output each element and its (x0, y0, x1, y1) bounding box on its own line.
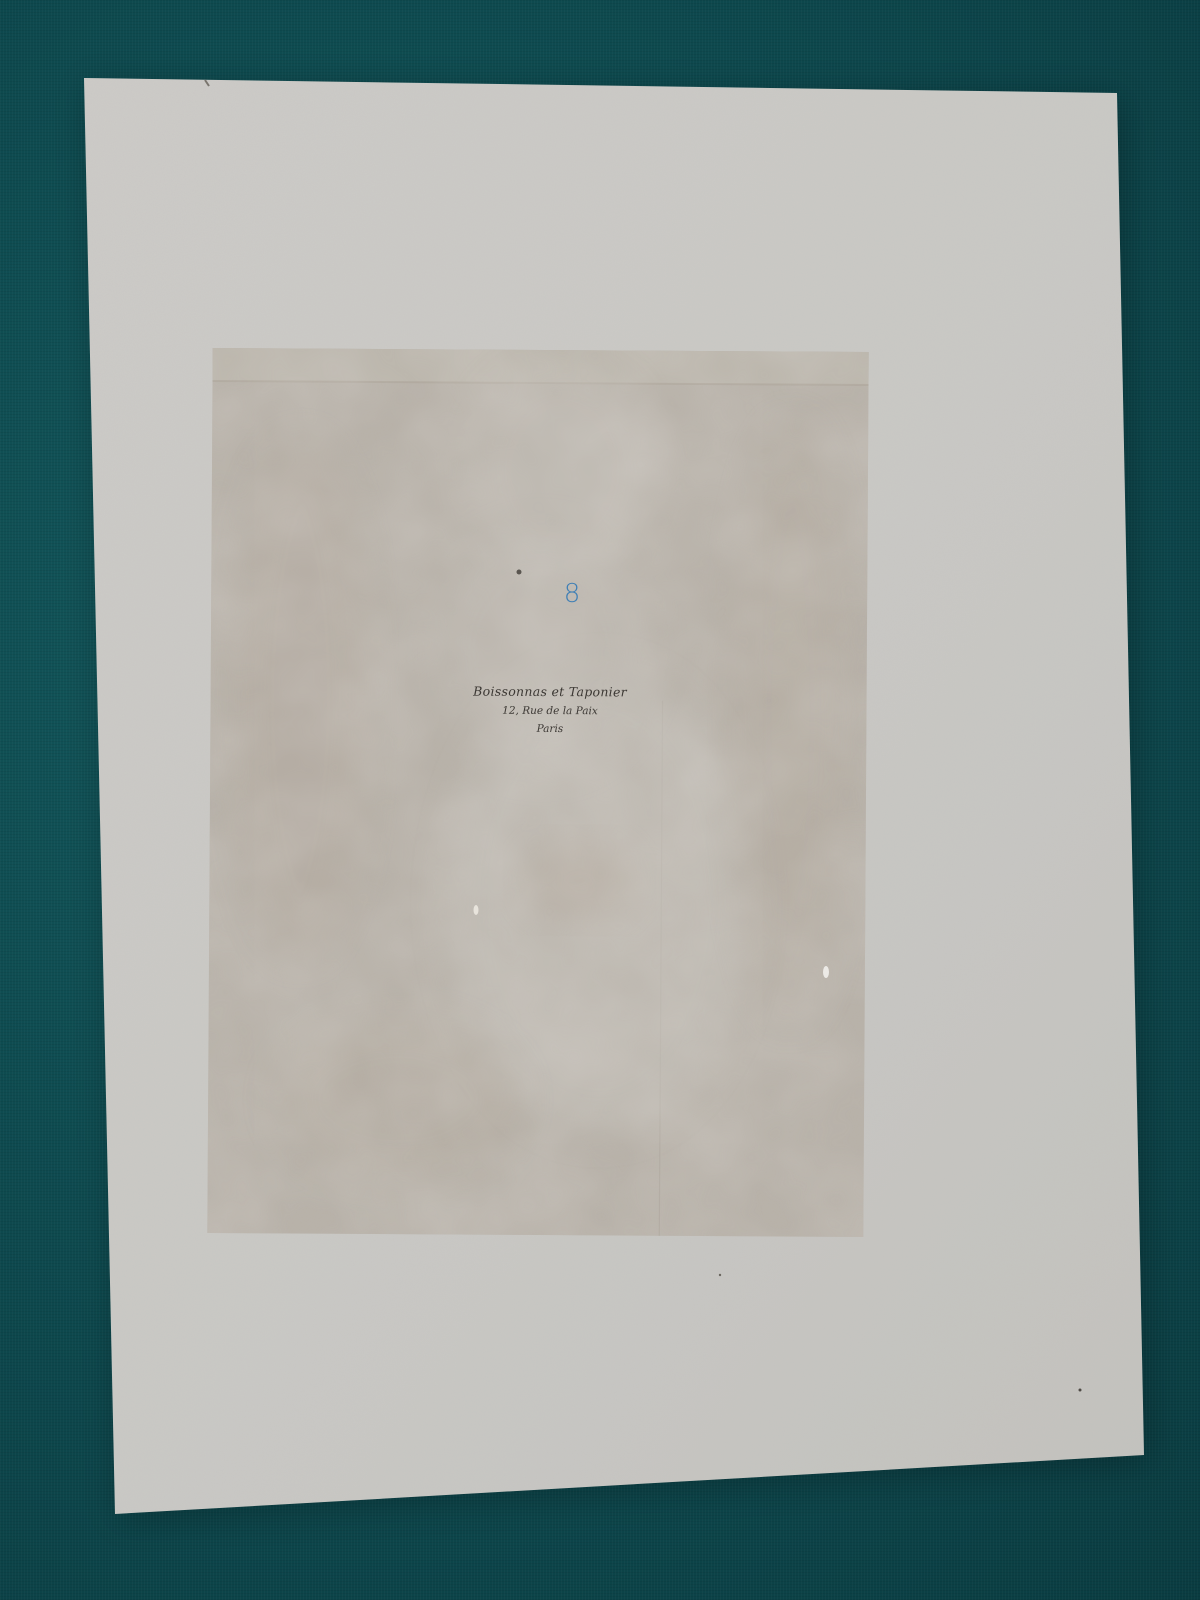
ink-spot (517, 570, 522, 575)
stamp-studio-name: Boissonnas et Taponier (440, 681, 660, 702)
photo-print (0, 0, 1200, 1600)
photographer-stamp: Boissonnas et Taponier 12, Rue de la Pai… (440, 681, 660, 738)
image-showthrough (207, 348, 868, 1237)
paper-speck (474, 905, 479, 915)
ink-spot (1079, 1389, 1082, 1392)
inventory-number: 8 (560, 579, 584, 609)
ink-spot (719, 1274, 721, 1276)
stamp-city: Paris (440, 719, 660, 738)
stamp-address: 12, Rue de la Paix (440, 701, 660, 720)
paper-speck (823, 966, 829, 978)
